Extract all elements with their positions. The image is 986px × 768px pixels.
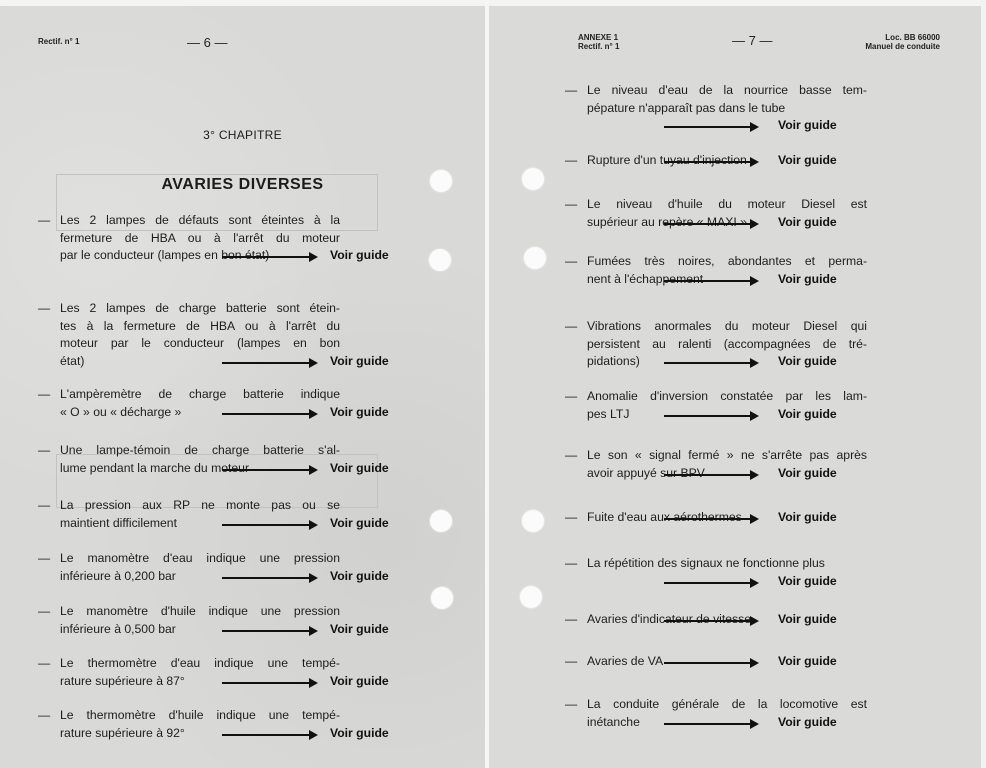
fault-description-line: Le thermomètre d'eau indique une tempé- [60, 655, 340, 673]
locomotive-model: Loc. BB 66000 [865, 33, 940, 42]
punch-hole [431, 587, 453, 609]
arrow-right-icon [664, 582, 757, 584]
bullet-dash: — [565, 696, 577, 714]
manual-label: Loc. BB 66000 Manuel de conduite [865, 33, 940, 51]
fault-description-line: tes à la fermeture de HBA ou à l'arrêt d… [60, 318, 340, 336]
fault-description-line: Le niveau d'eau de la nourrice basse tem… [587, 82, 867, 100]
bullet-dash: — [38, 707, 50, 725]
fault-description-line: Le manomètre d'huile indique une pressio… [60, 603, 340, 621]
bullet-dash: — [565, 653, 577, 671]
page-7: ANNEXE 1 Rectif. n° 1 — 7 — Loc. BB 6600… [489, 6, 981, 768]
see-guide-link[interactable]: Voir guide [330, 621, 389, 639]
arrow-right-icon [664, 723, 757, 725]
arrow-right-icon [664, 518, 757, 520]
manual-title: Manuel de conduite [865, 42, 940, 51]
see-guide-link[interactable]: Voir guide [330, 515, 389, 533]
arrow-right-icon [664, 280, 757, 282]
fault-description-line: La conduite générale de la locomotive es… [587, 696, 867, 714]
page-number: — 6 — [187, 35, 227, 50]
fault-description-line: Le thermomètre d'huile indique une tempé… [60, 707, 340, 725]
fault-description-line: maintient difficilement [60, 515, 177, 533]
punch-hole [524, 247, 546, 269]
see-guide-link[interactable]: Voir guide [778, 714, 837, 732]
punch-hole [430, 170, 452, 192]
bullet-dash: — [38, 550, 50, 568]
fault-description-line: inférieure à 0,500 bar [60, 621, 176, 639]
see-guide-link[interactable]: Voir guide [778, 573, 837, 591]
see-guide-link[interactable]: Voir guide [330, 673, 389, 691]
bullet-dash: — [565, 318, 577, 336]
fault-description-line: Avaries de VA [587, 653, 663, 671]
see-guide-link[interactable]: Voir guide [778, 509, 837, 527]
see-guide-link[interactable]: Voir guide [778, 214, 837, 232]
see-guide-link[interactable]: Voir guide [778, 653, 837, 671]
arrow-right-icon [664, 223, 757, 225]
fault-description-line: Les 2 lampes de défauts sont éteintes à … [60, 212, 340, 230]
section-title: AVARIES DIVERSES [0, 176, 485, 194]
arrow-right-icon [222, 630, 316, 632]
see-guide-link[interactable]: Voir guide [778, 611, 837, 629]
arrow-right-icon [222, 577, 316, 579]
arrow-right-icon [664, 126, 757, 128]
fault-description-line: Les 2 lampes de charge batterie sont éte… [60, 300, 340, 318]
bullet-dash: — [38, 655, 50, 673]
bullet-dash: — [565, 82, 577, 100]
fault-description-line: Le niveau d'huile du moteur Diesel est [587, 196, 867, 214]
arrow-right-icon [664, 620, 757, 622]
arrow-right-icon [222, 682, 316, 684]
fault-description-line: Une lampe-témoin de charge batterie s'al… [60, 442, 340, 460]
page-6: Rectif. n° 1 — 6 — 3° CHAPITRE AVARIES D… [0, 6, 485, 768]
punch-hole [522, 510, 544, 532]
scan-right-margin [981, 0, 986, 768]
bullet-dash: — [565, 447, 577, 465]
fault-description-line: rature supérieure à 87° [60, 673, 185, 691]
arrow-right-icon [222, 734, 316, 736]
bullet-dash: — [565, 611, 577, 629]
punch-hole [429, 249, 451, 271]
punch-hole [520, 586, 542, 608]
arrow-right-icon [664, 362, 757, 364]
fault-description-line: pes LTJ [587, 406, 629, 424]
fault-description-line: inférieure à 0,200 bar [60, 568, 176, 586]
arrow-right-icon [222, 256, 316, 258]
see-guide-link[interactable]: Voir guide [778, 117, 837, 135]
fault-description-line: pidations) [587, 353, 640, 371]
bullet-dash: — [38, 603, 50, 621]
fault-description-line: pépature n'apparaît pas dans le tube [587, 100, 785, 118]
see-guide-link[interactable]: Voir guide [330, 568, 389, 586]
arrow-right-icon [222, 362, 316, 364]
arrow-right-icon [664, 662, 757, 664]
see-guide-link[interactable]: Voir guide [778, 406, 837, 424]
revision-label: Rectif. n° 1 [578, 42, 619, 51]
see-guide-link[interactable]: Voir guide [330, 247, 389, 265]
bullet-dash: — [565, 196, 577, 214]
fault-description-line: lume pendant la marche du moteur [60, 460, 249, 478]
arrow-right-icon [664, 161, 757, 163]
fault-description-line: Anomalie d'inversion constatée par les l… [587, 388, 867, 406]
fault-description-line: rature supérieure à 92° [60, 725, 185, 743]
annex-label: ANNEXE 1 Rectif. n° 1 [578, 33, 619, 51]
bullet-dash: — [38, 212, 50, 230]
fault-description-line: inétanche [587, 714, 640, 732]
fault-description-line: Le manomètre d'eau indique une pression [60, 550, 340, 568]
fault-description-line: « O » ou « décharge » [60, 404, 181, 422]
punch-hole [430, 510, 452, 532]
fault-description-line: moteur par le conducteur (lampes en bon [60, 335, 340, 353]
fault-description-line: persistent au ralenti (accompagnées de t… [587, 336, 867, 354]
fault-description-line: La pression aux RP ne monte pas ou se [60, 497, 340, 515]
bullet-dash: — [565, 509, 577, 527]
page-number: — 7 — [732, 33, 772, 48]
see-guide-link[interactable]: Voir guide [778, 271, 837, 289]
fault-description-line: L'ampèremètre de charge batterie indique [60, 386, 340, 404]
punch-hole [522, 168, 544, 190]
bullet-dash: — [565, 253, 577, 271]
fault-description-line: Fumées très noires, abondantes et perma- [587, 253, 867, 271]
fault-description-line: La répétition des signaux ne fonctionne … [587, 555, 825, 573]
arrow-right-icon [664, 415, 757, 417]
annex-title: ANNEXE 1 [578, 33, 619, 42]
see-guide-link[interactable]: Voir guide [330, 725, 389, 743]
bullet-dash: — [38, 300, 50, 318]
bullet-dash: — [565, 152, 577, 170]
see-guide-link[interactable]: Voir guide [778, 152, 837, 170]
see-guide-link[interactable]: Voir guide [330, 404, 389, 422]
see-guide-link[interactable]: Voir guide [778, 465, 837, 483]
fault-description-line: Vibrations anormales du moteur Diesel qu… [587, 318, 867, 336]
bullet-dash: — [565, 388, 577, 406]
arrow-right-icon [222, 413, 316, 415]
see-guide-link[interactable]: Voir guide [330, 460, 389, 478]
fault-description-line: Le son « signal fermé » ne s'arrête pas … [587, 447, 867, 465]
bullet-dash: — [38, 497, 50, 515]
see-guide-link[interactable]: Voir guide [330, 353, 389, 371]
fault-description-line: état) [60, 353, 84, 371]
revision-label: Rectif. n° 1 [38, 37, 79, 46]
chapter-heading: 3° CHAPITRE [0, 128, 485, 142]
arrow-right-icon [664, 474, 757, 476]
arrow-right-icon [222, 524, 316, 526]
bullet-dash: — [565, 555, 577, 573]
bullet-dash: — [38, 386, 50, 404]
arrow-right-icon [222, 469, 316, 471]
bullet-dash: — [38, 442, 50, 460]
fault-description-line: fermeture de HBA ou à l'arrêt du moteur [60, 230, 340, 248]
see-guide-link[interactable]: Voir guide [778, 353, 837, 371]
